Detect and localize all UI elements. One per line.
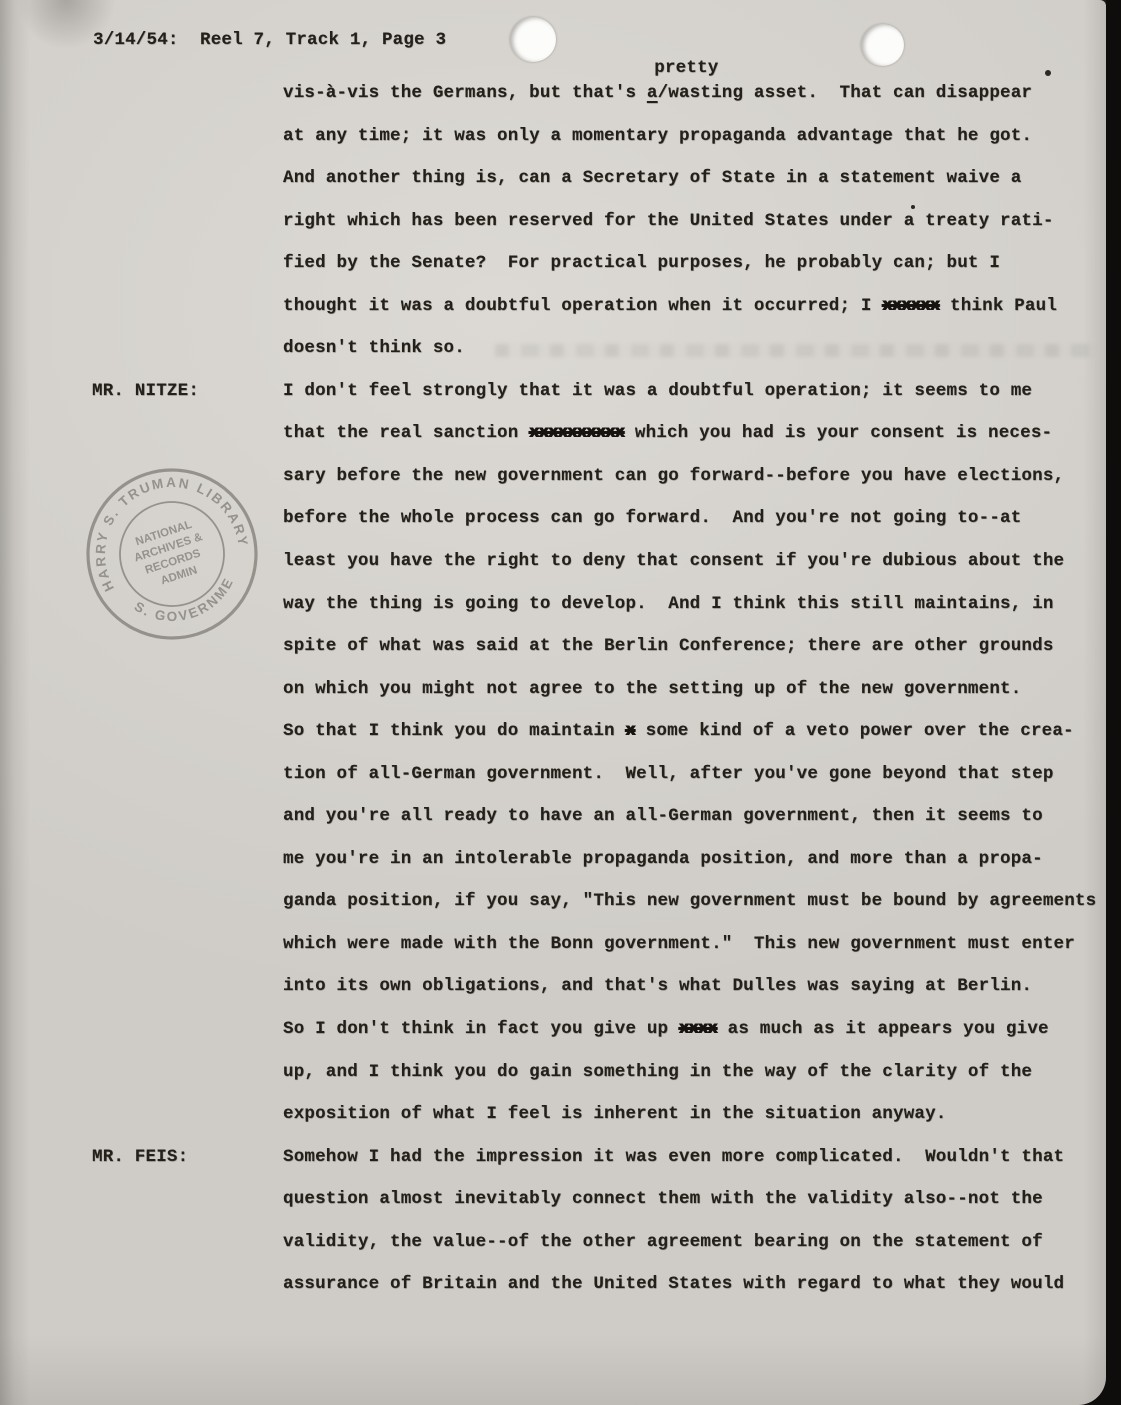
transcript-line: sary before the new government can go fo…: [283, 455, 1121, 498]
transcript-line: fied by the Senate? For practical purpos…: [283, 242, 1121, 285]
archive-stamp: HARRY S. TRUMAN LIBRARY U.S. GOVERNMENT …: [36, 418, 308, 690]
transcript-line: assurance of Britain and the United Stat…: [283, 1263, 1121, 1306]
transcript-line: doesn't think so.: [283, 327, 1121, 370]
transcript-line: So that I think you do maintain x some k…: [283, 710, 1121, 753]
transcript-line: tion of all-German government. Well, aft…: [283, 753, 1121, 796]
transcript-line: vis-à-vis the Germans, but that's a/pret…: [283, 72, 1121, 115]
transcript-line: thought it was a doubtful operation when…: [283, 285, 1121, 328]
transcript-line: And another thing is, can a Secretary of…: [283, 157, 1121, 200]
transcript-line: which were made with the Bonn government…: [283, 923, 1121, 966]
page-header: 3/14/54: Reel 7, Track 1, Page 3: [93, 30, 446, 50]
transcript-body: vis-à-vis the Germans, but that's a/pret…: [283, 72, 1121, 1306]
speaker-label: MR. NITZE:: [92, 370, 199, 413]
transcript-line: I don't feel strongly that it was a doub…: [283, 370, 1121, 413]
transcript-line: Somehow I had the impression it was even…: [283, 1136, 1121, 1179]
transcript-line: So I don't think in fact you give up xxx…: [283, 1008, 1121, 1051]
stamp-top-text: HARRY S. TRUMAN LIBRARY: [72, 454, 252, 594]
transcript-line: and you're all ready to have an all-Germ…: [283, 795, 1121, 838]
transcript-line: spite of what was said at the Berlin Con…: [283, 625, 1121, 668]
transcript-line: exposition of what I feel is inherent in…: [283, 1093, 1121, 1136]
transcript-line: up, and I think you do gain something in…: [283, 1051, 1121, 1094]
document-page: { "page": { "header": "3/14/54: Reel 7, …: [0, 0, 1121, 1405]
punch-hole-right: [861, 24, 904, 66]
transcript-line: into its own obligations, and that's wha…: [283, 965, 1121, 1008]
transcript-line: me you're in an intolerable propaganda p…: [283, 838, 1121, 881]
transcript-line: that the real sanction xxxxxxxxxx which …: [283, 412, 1121, 455]
transcript-line: before the whole process can go forward.…: [283, 497, 1121, 540]
speaker-label: MR. FEIS:: [92, 1136, 188, 1179]
stamp-center-text: NATIONAL ARCHIVES & RECORDS ADMIN: [128, 516, 216, 593]
inserted-word: pretty: [654, 60, 718, 78]
svg-text:HARRY S. TRUMAN LIBRARY: HARRY S. TRUMAN LIBRARY: [72, 454, 252, 594]
transcript-line: least you have the right to deny that co…: [283, 540, 1121, 583]
transcript-line: on which you might not agree to the sett…: [283, 668, 1121, 711]
transcript-line: way the thing is going to develop. And I…: [283, 583, 1121, 626]
transcript-line: validity, the value--of the other agreem…: [283, 1221, 1121, 1264]
paper-sheet: 3/14/54: Reel 7, Track 1, Page 3 HARRY S…: [0, 0, 1106, 1405]
transcript-line: at any time; it was only a momentary pro…: [283, 115, 1121, 158]
transcript-line: ganda position, if you say, "This new go…: [283, 880, 1121, 923]
transcript-line: question almost inevitably connect them …: [283, 1178, 1121, 1221]
punch-hole-left: [510, 17, 556, 62]
transcript-line: right which has been reserved for the Un…: [283, 200, 1121, 243]
